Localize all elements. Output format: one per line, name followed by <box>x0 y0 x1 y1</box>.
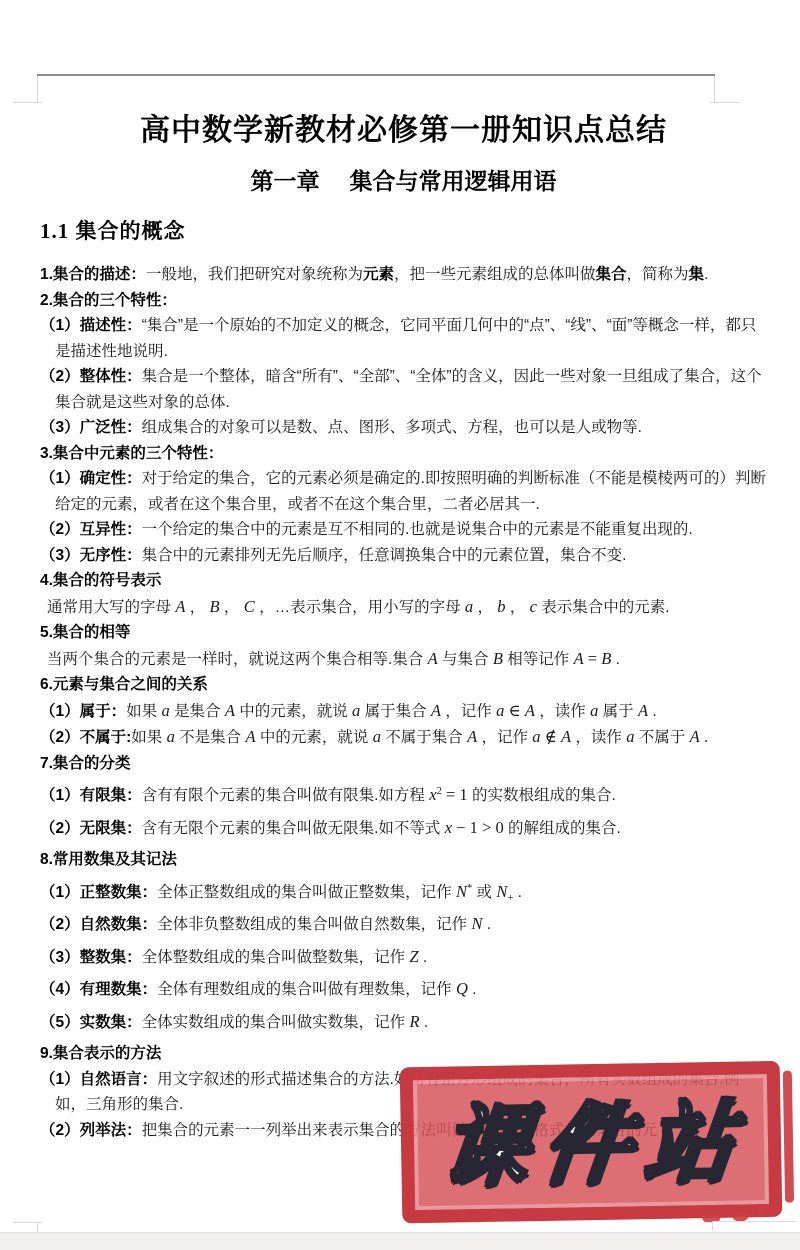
body-text: ，简称为 <box>627 266 689 283</box>
body-text: 对于给定的集合，它的元素必须是确定的.即按照明确的判断标准（不能是模棱两可的）判… <box>55 470 766 513</box>
bold-text: （3）广泛性： <box>40 419 142 436</box>
body-text: 通常用大写的字母 <box>47 599 175 616</box>
body-text: 全体实数组成的集合叫做实数集，记作 <box>142 1014 410 1031</box>
body-text: 当两个集合的元素是一样时，就说这两个集合相等.集合 <box>47 651 428 668</box>
paragraph: 1.集合的描述：一般地，我们把研究对象统称为元素，把一些元素组成的总体叫做集合，… <box>40 262 767 288</box>
math-text: N <box>496 882 507 901</box>
bold-text: （2）整体性： <box>40 368 142 385</box>
math-text: A <box>245 727 255 746</box>
body-text: 与集合 <box>438 651 493 668</box>
bold-text: 1.集合的描述： <box>40 266 146 283</box>
body-text: 属于集合 <box>360 703 431 720</box>
bold-text: （2）不属于: <box>40 729 131 746</box>
body-text: ，记作 <box>441 703 496 720</box>
body-text: . <box>420 1014 429 1031</box>
math-text: c <box>530 597 537 616</box>
stamp-text: 课件站 <box>393 1061 789 1216</box>
bold-text: 2.集合的三个特性： <box>40 292 177 309</box>
body-text: . <box>648 703 657 720</box>
math-text: a <box>167 727 175 746</box>
body-text: 全体正整数组成的集合叫做正整数集，记作 <box>157 884 456 901</box>
bold-text: （1）有限集： <box>40 787 142 804</box>
body-text: ， <box>220 599 244 616</box>
math-text: Q <box>456 979 468 998</box>
page-corner-patch <box>712 1221 797 1231</box>
chapter-title: 集合与常用逻辑用语 <box>350 168 557 194</box>
math-text: Z <box>409 947 418 966</box>
chapter-heading: 第一章集合与常用逻辑用语 <box>40 166 767 196</box>
watermark-stamp: 课件站 <box>400 1061 795 1224</box>
body-text: 如果 <box>126 703 161 720</box>
body-text: . <box>468 981 477 998</box>
body-text: . <box>611 651 620 668</box>
math-text: a <box>465 597 473 616</box>
math-text: B <box>493 649 503 668</box>
bold-text: 5.集合的相等 <box>40 624 130 641</box>
paragraph: 4.集合的符号表示 <box>40 568 767 594</box>
body-text: ，记作 <box>477 729 532 746</box>
math-text: R <box>409 1012 419 1031</box>
paragraph: （2）不属于:如果 a 不是集合 A 中的元素，就说 a 不属于集合 A ，记作… <box>40 724 767 751</box>
body-text: 表示集合中的元素. <box>537 599 670 616</box>
body-text: 的实数根组成的集合. <box>468 787 616 804</box>
body-text: 不是集合 <box>175 729 246 746</box>
bold-text: （1）确定性： <box>40 470 142 487</box>
paragraph: 8.常用数集及其记法 <box>40 847 767 873</box>
bold-text: （1）正整数集： <box>40 884 157 901</box>
math-text: N <box>471 914 482 933</box>
page-gutter <box>0 1232 800 1250</box>
body-text: ，把一些元素组成的总体叫做 <box>394 266 596 283</box>
math-text: A <box>225 701 235 720</box>
paragraph: 通常用大写的字母 A ， B ， C ，…表示集合，用小写的字母 a ， b ，… <box>40 594 767 621</box>
body-text: 一般地，我们把研究对象统称为 <box>146 266 363 283</box>
body-text: 含有有限个元素的集合叫做有限集.如方程 <box>142 787 430 804</box>
math-text: = <box>584 649 602 668</box>
document-content: 高中数学新教材必修第一册知识点总结 第一章集合与常用逻辑用语 1.1 集合的概念… <box>40 112 767 1143</box>
math-text: A <box>574 649 584 668</box>
body-text: ，读作 <box>535 703 590 720</box>
bold-text: 6.元素与集合之间的关系 <box>40 676 208 693</box>
bold-text: 元素 <box>363 266 394 283</box>
math-text: A <box>525 701 535 720</box>
paragraph: 2.集合的三个特性： <box>40 288 767 314</box>
document-title: 高中数学新教材必修第一册知识点总结 <box>40 112 767 150</box>
body-text: 组成集合的对象可以是数、点、图形、多项式、方程，也可以是人或物等. <box>142 419 642 436</box>
paragraph: 当两个集合的元素是一样时，就说这两个集合相等.集合 A 与集合 B 相等记作 A… <box>40 646 767 673</box>
math-text: = 1 <box>442 785 468 804</box>
bold-text: （1）描述性： <box>40 317 142 334</box>
math-text: x <box>429 785 436 804</box>
bold-text: 集 <box>689 266 705 283</box>
math-text: A <box>175 597 185 616</box>
body-text: 中的元素，就说 <box>256 729 373 746</box>
section-heading: 1.1 集合的概念 <box>40 218 767 244</box>
margin-mark-top-left <box>13 102 42 103</box>
math-text: A <box>638 701 648 720</box>
body-text: . <box>513 884 522 901</box>
body-text: 是集合 <box>170 703 225 720</box>
margin-mark-top-right <box>714 76 715 103</box>
stamp-ink-splatter <box>758 1207 768 1217</box>
bold-text: 3.集合中元素的三个特性： <box>40 445 223 462</box>
math-text: x <box>445 818 452 837</box>
bold-text: （2）互异性： <box>40 521 142 538</box>
bold-text: 集合 <box>595 266 626 283</box>
paragraph: 7.集合的分类 <box>40 751 767 777</box>
math-text: A <box>428 649 438 668</box>
paragraph: 3.集合中元素的三个特性： <box>40 441 767 467</box>
body-text: ， <box>506 599 530 616</box>
body-text: 含有无限个元素的集合叫做无限集.如不等式 <box>142 820 445 837</box>
paragraph: （2）自然数集：全体非负整数组成的集合叫做自然数集，记作 N . <box>40 911 767 938</box>
math-text: C <box>244 597 255 616</box>
math-text: ∉ <box>541 727 561 746</box>
body-text: 全体有理数组成的集合叫做有理数集，记作 <box>157 981 456 998</box>
math-text: b <box>497 597 505 616</box>
bold-text: 9.集合表示的方法 <box>40 1045 161 1062</box>
body-text: . <box>419 949 428 966</box>
paragraph: （2）整体性：集合是一个整体，暗含“所有”、“全部”、“全体”的含义，因此一些对… <box>40 364 767 415</box>
body-text: 如果 <box>131 729 166 746</box>
paragraph: （1）正整数集：全体正整数组成的集合叫做正整数集，记作 N* 或 N+ . <box>40 879 767 906</box>
paragraph: 6.元素与集合之间的关系 <box>40 672 767 698</box>
body-text: “集合”是一个原始的不加定义的概念，它同平面几何中的“点”、“线”、“面”等概念… <box>55 317 756 360</box>
math-text: N <box>456 882 467 901</box>
bold-text: （1）属于： <box>40 703 126 720</box>
body-text: . <box>700 729 709 746</box>
bold-text: 8.常用数集及其记法 <box>40 851 177 868</box>
math-text: B <box>210 597 220 616</box>
margin-mark-top-left <box>37 76 38 103</box>
body-text: 全体整数组成的集合叫做整数集，记作 <box>142 949 410 966</box>
paragraph: （1）确定性：对于给定的集合，它的元素必须是确定的.即按照明确的判断标准（不能是… <box>40 466 767 517</box>
paragraph: （3）广泛性：组成集合的对象可以是数、点、图形、多项式、方程，也可以是人或物等. <box>40 415 767 441</box>
body-text: ， <box>185 599 209 616</box>
math-text: A <box>431 701 441 720</box>
body-text: ， <box>473 599 497 616</box>
body-text: 的解组成的集合. <box>504 820 621 837</box>
paragraph: （3）无序性：集合中的元素排列无先后顺序，任意调换集合中的元素位置，集合不变. <box>40 543 767 569</box>
paragraph: 5.集合的相等 <box>40 620 767 646</box>
math-text: A <box>467 727 477 746</box>
chapter-number: 第一章 <box>251 168 320 194</box>
body-text: 不属于集合 <box>381 729 467 746</box>
bold-text: 7.集合的分类 <box>40 755 130 772</box>
paragraph: （1）有限集：含有有限个元素的集合叫做有限集.如方程 x2 = 1 的实数根组成… <box>40 782 767 809</box>
paragraph: （2）互异性：一个给定的集合中的元素是互不相同的.也就是说集合中的元素是不能重复… <box>40 517 767 543</box>
page-top-border <box>37 74 715 76</box>
bold-text: （2）自然数集： <box>40 916 157 933</box>
math-text: A <box>690 727 700 746</box>
body-text: 相等记作 <box>503 651 574 668</box>
body-text: 集合中的元素排列无先后顺序，任意调换集合中的元素位置，集合不变. <box>142 547 627 564</box>
math-text: B <box>601 649 611 668</box>
body-text: 属于 <box>598 703 638 720</box>
math-text: a <box>532 727 540 746</box>
bold-text: （5）实数集： <box>40 1014 142 1031</box>
math-text: A <box>561 727 571 746</box>
body-text: ，…表示集合，用小写的字母 <box>255 599 465 616</box>
body-text: . <box>482 916 491 933</box>
margin-mark-bottom-left <box>37 1222 38 1232</box>
bold-text: （4）有理数集： <box>40 981 157 998</box>
bold-text: （3）整数集： <box>40 949 142 966</box>
document-body: 1.集合的描述：一般地，我们把研究对象统称为元素，把一些元素组成的总体叫做集合，… <box>40 262 767 1143</box>
math-text: a <box>161 701 169 720</box>
bold-text: 4.集合的符号表示 <box>40 572 161 589</box>
margin-mark-top-right <box>710 102 740 103</box>
body-text: . <box>704 266 708 283</box>
body-text: ，读作 <box>571 729 626 746</box>
bold-text: （2）列举法： <box>40 1122 142 1139</box>
paragraph: （5）实数集：全体实数组成的集合叫做实数集，记作 R . <box>40 1009 767 1036</box>
body-text: 集合是一个整体，暗含“所有”、“全部”、“全体”的含义，因此一些对象一旦组成了集… <box>55 368 762 411</box>
bold-text: （3）无序性： <box>40 547 142 564</box>
bold-text: （2）无限集： <box>40 820 142 837</box>
paragraph: （1）属于：如果 a 是集合 A 中的元素，就说 a 属于集合 A ，记作 a … <box>40 698 767 725</box>
body-text: 不属于 <box>634 729 689 746</box>
body-text: 中的元素，就说 <box>235 703 352 720</box>
body-text: 或 <box>472 884 496 901</box>
paragraph: （4）有理数集：全体有理数组成的集合叫做有理数集，记作 Q . <box>40 976 767 1003</box>
body-text: 全体非负整数组成的集合叫做自然数集，记作 <box>157 916 471 933</box>
document-page: 高中数学新教材必修第一册知识点总结 第一章集合与常用逻辑用语 1.1 集合的概念… <box>0 0 800 1250</box>
paragraph: （2）无限集：含有无限个元素的集合叫做无限集.如不等式 x − 1 > 0 的解… <box>40 815 767 842</box>
math-text: − 1 > 0 <box>452 818 504 837</box>
body-text: 一个给定的集合中的元素是互不相同的.也就是说集合中的元素是不能重复出现的. <box>142 521 693 538</box>
paragraph: （3）整数集：全体整数组成的集合叫做整数集，记作 Z . <box>40 944 767 971</box>
math-text: ∈ <box>504 701 524 720</box>
math-text: a <box>373 727 381 746</box>
bold-text: （1）自然语言： <box>40 1071 157 1088</box>
paragraph: （1）描述性：“集合”是一个原始的不加定义的概念，它同平面几何中的“点”、“线”… <box>40 313 767 364</box>
